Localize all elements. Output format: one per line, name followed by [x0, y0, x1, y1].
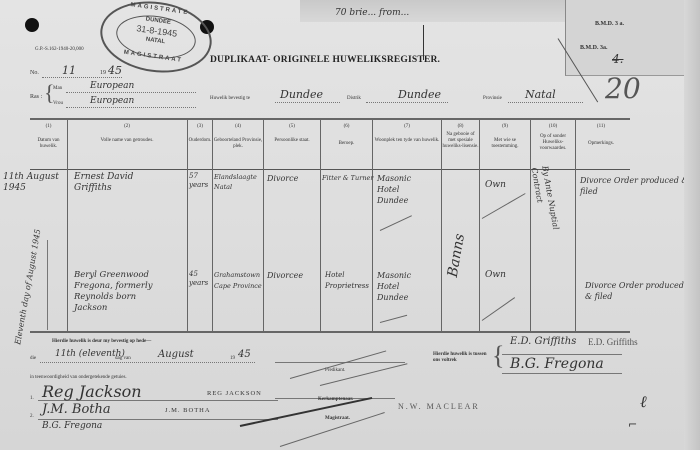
bride-sign-line: [502, 373, 622, 374]
col-label: Geboorteland Provinsie, plek.: [213, 138, 263, 150]
col-num: (4): [213, 124, 263, 130]
bride-consent: Own: [485, 270, 506, 281]
distrik-label: Distrik: [347, 96, 361, 102]
confirmation-year: 45: [238, 349, 251, 360]
groom-printed-name: E.D. Griffiths: [588, 337, 638, 347]
no-label: No.: [30, 70, 39, 77]
province-value: Natal: [525, 88, 556, 101]
consent-dash-1: [482, 193, 526, 219]
col-label: Beroep.: [321, 141, 372, 147]
col-header-7: (7)Woonplek ten tyde van huwelik.: [373, 124, 441, 144]
groom-remarks: Divorce Order produced & filed: [580, 175, 690, 197]
col-divider-4: [263, 120, 264, 331]
col-divider-5: [320, 120, 321, 331]
col-num: (6): [321, 124, 372, 130]
margin-number: 20: [605, 72, 641, 105]
marriage-register-document: B.M.D. 3 a. B.M.D. 3a. 4. 70 brie... fro…: [0, 0, 700, 450]
col-header-2: (2)Volle name van getroudes.: [87, 124, 167, 144]
col-divider-2: [187, 120, 188, 331]
man-underline: [66, 92, 196, 93]
folded-corner: [565, 0, 684, 76]
register-number: 11: [62, 64, 76, 77]
year-prefix: 19: [100, 70, 106, 77]
col-label: Na gebooie of met spesiale huweliks-lise…: [442, 132, 479, 150]
col-divider-1: [67, 120, 68, 331]
register-year: 45: [108, 64, 122, 77]
col-label: Volle name van getroudes.: [87, 138, 167, 144]
col-header-8: (8)Na gebooie of met spesiale huweliks-l…: [442, 124, 479, 150]
bride-birthplace: Grahamstown Cape Province: [214, 270, 262, 292]
groom-name: Ernest David Griffiths: [74, 172, 154, 194]
marriage-place-value: Dundee: [280, 88, 323, 101]
marriage-date-vertical: Eleventh day of August 1945: [12, 216, 45, 346]
date-underline-vertical: [47, 240, 48, 330]
bride-age: 45 years: [189, 270, 211, 288]
date-line: [40, 362, 255, 363]
col-header-3: (3)Ouderdom.: [188, 124, 212, 144]
confirmation-label: Hierdie huwelik is deur my bevestig op h…: [52, 339, 151, 345]
bride-remarks: Divorce Order produced & filed: [585, 280, 690, 302]
col-label: Op of sonder Huweliks-voorwaardes.: [531, 134, 575, 152]
punch-hole-left: [25, 18, 39, 32]
groom-consent: Own: [485, 180, 506, 191]
groom-occupation: Fitter & Turner: [322, 173, 373, 184]
table-bottom-rule: [30, 331, 630, 333]
form-code: G.P.-S.162-1940-20,000: [35, 47, 84, 53]
groom-signature: E.D. Griffiths: [510, 336, 576, 347]
col-num: (2): [87, 124, 167, 130]
die-label: die: [30, 356, 36, 362]
witness-2-printed: J.M. BOTHA: [165, 407, 211, 414]
initials-mark: ℓ: [640, 392, 647, 412]
groom-age: 57 years: [189, 172, 211, 190]
page-edge-shadow: [684, 0, 700, 450]
col-divider-7: [441, 120, 442, 331]
witness-1-number: 1.: [30, 396, 34, 402]
witness-2-line: [38, 419, 278, 420]
col-num: (11): [576, 124, 626, 130]
predikant-label: Predikant.: [325, 368, 345, 374]
consent-dash-2: [482, 297, 515, 321]
residence-dash-1: [380, 215, 412, 231]
tick-mark: ⌐: [628, 418, 637, 431]
document-title: DUPLIKAAT- ORIGINELE HUWELIKSREGISTER.: [210, 55, 440, 65]
witness-2-signature: J.M. Botha: [42, 402, 111, 417]
col-label: Met wie se toestemming.: [480, 138, 530, 150]
col-divider-3: [212, 120, 213, 331]
col-header-10: (10)Op of sonder Huweliks-voorwaardes.: [531, 124, 575, 152]
vrou-underline: [66, 107, 196, 108]
col-header-5: (5)Persoonlike staat.: [264, 124, 320, 144]
witness-2-number: 2.: [30, 414, 34, 420]
huwelik-underline: [275, 102, 340, 103]
race-man-value: European: [90, 81, 134, 91]
district-value: Dundee: [398, 88, 441, 101]
col-header-1: (1)Datum van huwelik.: [30, 124, 67, 150]
col-header-6: (6)Beroep.: [321, 124, 372, 147]
no-underline: [42, 77, 122, 78]
col-label: Woonplek ten tyde van huwelik.: [373, 138, 441, 144]
bride-residence: Masonic Hotel Dundee: [377, 270, 417, 303]
race-vrou-value: European: [90, 96, 134, 106]
col-divider-10: [575, 120, 576, 331]
col-num: (3): [188, 124, 212, 130]
witness-1-signature: Reg Jackson: [42, 382, 142, 401]
confirmation-month: August: [158, 349, 194, 360]
col-num: (5): [264, 124, 320, 130]
bride-name: Beryl Greenwood Fregona, formerly Reynol…: [74, 270, 159, 314]
col-divider-8: [479, 120, 480, 331]
col-num: (7): [373, 124, 441, 130]
witness-1-printed: REG JACKSON: [207, 390, 262, 397]
col-label: Datum van huwelik.: [30, 138, 67, 150]
col-header-11: (11)Opmerkings.: [576, 124, 626, 147]
col-header-9: (9)Met wie se toestemming.: [480, 124, 530, 150]
dag-van-label: dag van: [115, 356, 131, 362]
banns-value: Banns: [448, 233, 466, 278]
marriage-date: 11th August 1945: [3, 172, 65, 194]
vrou-label: Vrou: [53, 101, 63, 107]
bmd-form-label: B.M.D. 3a.: [580, 45, 608, 51]
magistrate-printed: N.W. MACLEAR: [398, 402, 480, 411]
col-num: (8): [442, 124, 479, 130]
bride-signature: B.G. Fregona: [510, 356, 604, 372]
top-note: 70 brie... from...: [335, 8, 409, 18]
table-top-rule: [30, 118, 630, 120]
provinsie-underline: [508, 102, 583, 103]
predikant-strike-1: [290, 350, 386, 379]
magistraat-label: Magistraat.: [325, 416, 350, 422]
groom-residence: Masonic Hotel Dundee: [377, 173, 417, 206]
col-label: Opmerkings.: [576, 141, 626, 147]
additional-signature: B.G. Fregona: [42, 421, 102, 431]
corner-note: 4.: [612, 52, 623, 66]
bride-occupation: Hotel Proprietress: [325, 270, 369, 292]
groom-birthplace: Elandslaagte Natal: [214, 172, 262, 192]
groom-sign-line: [502, 354, 622, 355]
col-divider-6: [372, 120, 373, 331]
distrik-underline: [366, 102, 448, 103]
col-num: (1): [30, 124, 67, 130]
marriage-conditions: By Ante Nuptial Contract: [528, 165, 567, 267]
witness-label: in teenwoordigheid van ondergetekende ge…: [30, 375, 127, 381]
groom-status: Divorce: [267, 173, 298, 184]
huwelik-bevestig-label: Huwelik bevestig te: [210, 96, 250, 102]
voltrek-brace: {: [492, 343, 504, 369]
voltrek-label: Hierdie huwelik is tussen ons voltrek: [433, 352, 491, 364]
col-label: Persoonlike staat.: [264, 138, 320, 144]
bride-status: Divorcee: [267, 270, 303, 281]
col-label: Ouderdom.: [188, 138, 212, 144]
bmd-top-label: B.M.D. 3 a.: [595, 21, 624, 27]
col-num: (9): [480, 124, 530, 130]
provinsie-label: Provinsie: [483, 96, 502, 102]
residence-dash-2: [380, 315, 407, 323]
confirm-year-prefix: 19: [230, 356, 235, 362]
ras-label: Ras :: [30, 94, 42, 101]
col-header-4: (4)Geboorteland Provinsie, plek.: [213, 124, 263, 150]
col-num: (10): [531, 124, 575, 130]
man-label: Man: [53, 86, 62, 92]
